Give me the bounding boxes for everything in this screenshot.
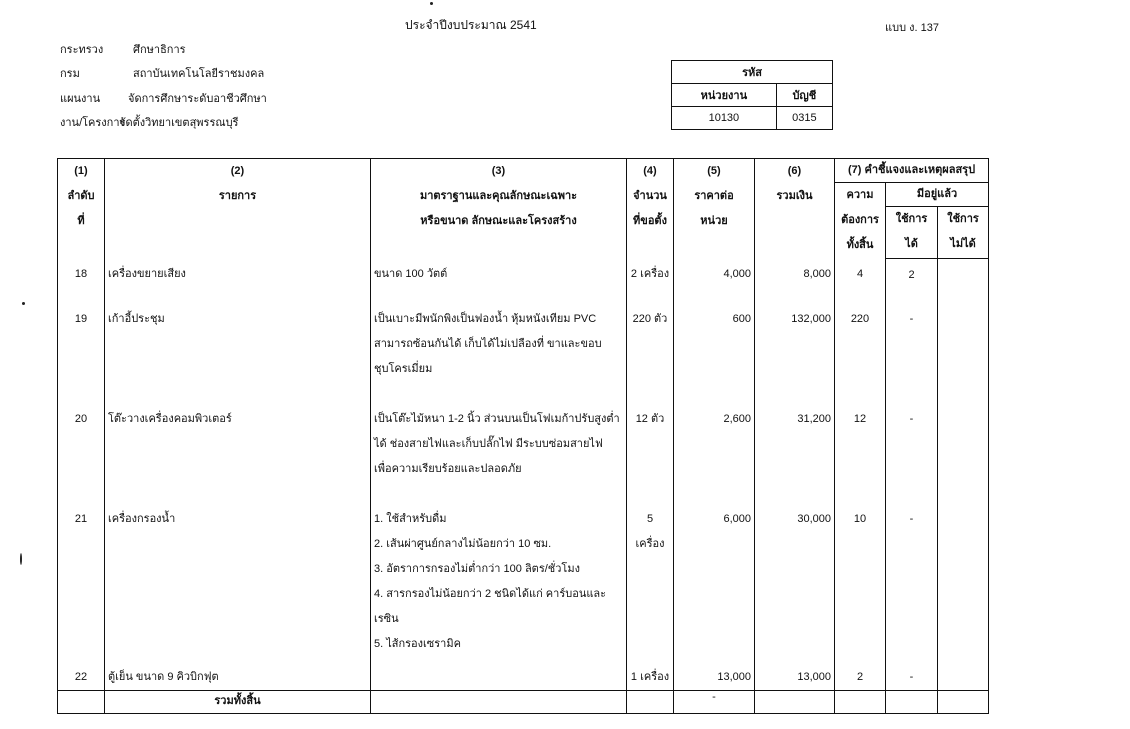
existing-unusable	[938, 258, 989, 303]
unit-label: หน่วยงาน	[672, 84, 777, 107]
budget-items-table: (1) ลำดับ ที่ (2) รายการ (3) มาตราฐานและ…	[57, 158, 989, 714]
spec-line: 3. อัตราการกรองไม่ต่ำกว่า 100 ลิตร/ชั่วโ…	[374, 557, 623, 582]
header-col-7a: ความ ต้องการ ทั้งสิ้น	[835, 183, 886, 259]
total-row: รวมทั้งสิ้น -	[58, 691, 989, 714]
unit-price: 6,000	[674, 503, 755, 657]
line-total: 30,000	[755, 503, 835, 657]
total-need: 10	[835, 503, 886, 657]
row-number: 20	[58, 403, 105, 503]
header-col-1: (1) ลำดับ ที่	[58, 159, 105, 259]
total-need: 4	[835, 258, 886, 303]
header-col-7: (7) คำชี้แจงและเหตุผลสรุป	[835, 159, 989, 183]
item-name: ตู้เย็น ขนาด 9 คิวบิกฟุต	[105, 657, 371, 691]
quantity: 12 ตัว	[627, 403, 674, 503]
header-col-3: (3) มาตราฐานและคุณลักษณะเฉพาะ หรือขนาด ล…	[371, 159, 627, 259]
total-need: 2	[835, 657, 886, 691]
quantity: 1 เครื่อง	[627, 657, 674, 691]
spec-line: เพื่อความเรียบร้อยและปลอดภัย	[374, 457, 623, 482]
unit-price: 4,000	[674, 258, 755, 303]
spec-line: เป็นเบาะมีพนักพิงเป็นฟองน้ำ หุ้มหนังเทีย…	[374, 307, 623, 332]
form-number: แบบ ง. 137	[885, 18, 939, 36]
quantity-line: 5	[630, 507, 670, 532]
table-row: 19เก้าอี้ประชุมเป็นเบาะมีพนักพิงเป็นฟองน…	[58, 303, 989, 403]
row-number: 22	[58, 657, 105, 691]
ministry-value: ศึกษาธิการ	[133, 40, 186, 58]
scan-speck	[430, 2, 433, 5]
spec-line: 1. ใช้สำหรับดื่ม	[374, 507, 623, 532]
spec-line: ชุบโครเมี่ยม	[374, 357, 623, 382]
total-need: 220	[835, 303, 886, 403]
spec-line: 5. ไส้กรองเซรามิค	[374, 632, 623, 657]
code-box-title: รหัส	[672, 61, 833, 84]
existing-unusable	[938, 403, 989, 503]
total-unit-price: -	[674, 691, 755, 714]
existing-unusable	[938, 303, 989, 403]
quantity-line: 2 เครื่อง	[630, 262, 670, 287]
item-name: เครื่องขยายเสียง	[105, 258, 371, 303]
code-box: รหัส หน่วยงาน บัญชี 10130 0315	[671, 60, 833, 130]
ministry-label: กระทรวง	[60, 40, 103, 58]
existing-usable: 2	[886, 258, 938, 303]
item-name: เครื่องกรองน้ำ	[105, 503, 371, 657]
unit-price: 2,600	[674, 403, 755, 503]
department-label: กรม	[60, 64, 80, 82]
line-total: 8,000	[755, 258, 835, 303]
table-row: 18เครื่องขยายเสียงขนาด 100 วัตต์2 เครื่อ…	[58, 258, 989, 303]
table-row: 22ตู้เย็น ขนาด 9 คิวบิกฟุต1 เครื่อง13,00…	[58, 657, 989, 691]
plan-value: จัดการศึกษาระดับอาชีวศึกษา	[128, 89, 267, 107]
quantity: 220 ตัว	[627, 303, 674, 403]
item-spec	[371, 657, 627, 691]
table-row: 20โต๊ะวางเครื่องคอมพิวเตอร์เป็นโต๊ะไม้หน…	[58, 403, 989, 503]
existing-usable: -	[886, 657, 938, 691]
item-spec: 1. ใช้สำหรับดื่ม2. เส้นผ่าศูนย์กลางไม่น้…	[371, 503, 627, 657]
header-col-4: (4) จำนวน ที่ขอตั้ง	[627, 159, 674, 259]
header-col-2: (2) รายการ	[105, 159, 371, 259]
account-value: 0315	[776, 107, 832, 130]
item-name: โต๊ะวางเครื่องคอมพิวเตอร์	[105, 403, 371, 503]
unit-price: 13,000	[674, 657, 755, 691]
department-value: สถาบันเทคโนโลยีราชมงคล	[133, 64, 264, 82]
spec-line: ขนาด 100 วัตต์	[374, 262, 623, 287]
line-total: 31,200	[755, 403, 835, 503]
quantity: 5เครื่อง	[627, 503, 674, 657]
total-need: 12	[835, 403, 886, 503]
existing-unusable	[938, 503, 989, 657]
total-label: รวมทั้งสิ้น	[105, 691, 371, 714]
unit-value: 10130	[672, 107, 777, 130]
quantity: 2 เครื่อง	[627, 258, 674, 303]
item-spec: เป็นโต๊ะไม้หนา 1-2 นิ้ว ส่วนบนเป็นโฟเมก้…	[371, 403, 627, 503]
header-col-5: (5) ราคาต่อ หน่วย	[674, 159, 755, 259]
project-label: งาน/โครงการ	[60, 113, 125, 131]
row-number: 18	[58, 258, 105, 303]
table-row: 21เครื่องกรองน้ำ1. ใช้สำหรับดื่ม2. เส้นผ…	[58, 503, 989, 657]
spec-line: 2. เส้นผ่าศูนย์กลางไม่น้อยกว่า 10 ซม.	[374, 532, 623, 557]
header-col-7c: ใช้การ ไม่ได้	[938, 207, 989, 258]
line-total: 13,000	[755, 657, 835, 691]
spec-line: สามารถซ้อนกันได้ เก็บได้ไม่เปลืองที่ ขาแ…	[374, 332, 623, 357]
item-name: เก้าอี้ประชุม	[105, 303, 371, 403]
spec-line: ได้ ช่องสายไฟและเก็บปลั๊กไฟ มีระบบซ่อมสา…	[374, 432, 623, 457]
spec-line: เป็นโต๊ะไม้หนา 1-2 นิ้ว ส่วนบนเป็นโฟเมก้…	[374, 407, 623, 432]
spec-line: 4. สารกรองไม่น้อยกว่า 2 ชนิดได้แก่ คาร์บ…	[374, 582, 623, 632]
quantity-line: 1 เครื่อง	[630, 665, 670, 690]
quantity-line: 220 ตัว	[630, 307, 670, 332]
table-body: 18เครื่องขยายเสียงขนาด 100 วัตต์2 เครื่อ…	[58, 258, 989, 691]
header-col-7b: ใช้การ ได้	[886, 207, 938, 258]
quantity-line: 12 ตัว	[630, 407, 670, 432]
existing-usable: -	[886, 303, 938, 403]
document-title: ประจำปีงบประมาณ 2541	[405, 16, 537, 35]
header-col-6: (6) รวมเงิน	[755, 159, 835, 259]
scan-speck	[22, 302, 25, 305]
line-total: 132,000	[755, 303, 835, 403]
scan-speck	[20, 553, 22, 565]
row-number: 21	[58, 503, 105, 657]
item-spec: เป็นเบาะมีพนักพิงเป็นฟองน้ำ หุ้มหนังเทีย…	[371, 303, 627, 403]
item-spec: ขนาด 100 วัตต์	[371, 258, 627, 303]
quantity-line: เครื่อง	[630, 532, 670, 557]
existing-unusable	[938, 657, 989, 691]
account-label: บัญชี	[776, 84, 832, 107]
plan-label: แผนงาน	[60, 89, 100, 107]
existing-usable: -	[886, 503, 938, 657]
header-existing: มีอยู่แล้ว	[886, 183, 989, 207]
row-number: 19	[58, 303, 105, 403]
project-value: จัดตั้งวิทยาเขตสุพรรณบุรี	[119, 113, 238, 131]
unit-price: 600	[674, 303, 755, 403]
existing-usable: -	[886, 403, 938, 503]
